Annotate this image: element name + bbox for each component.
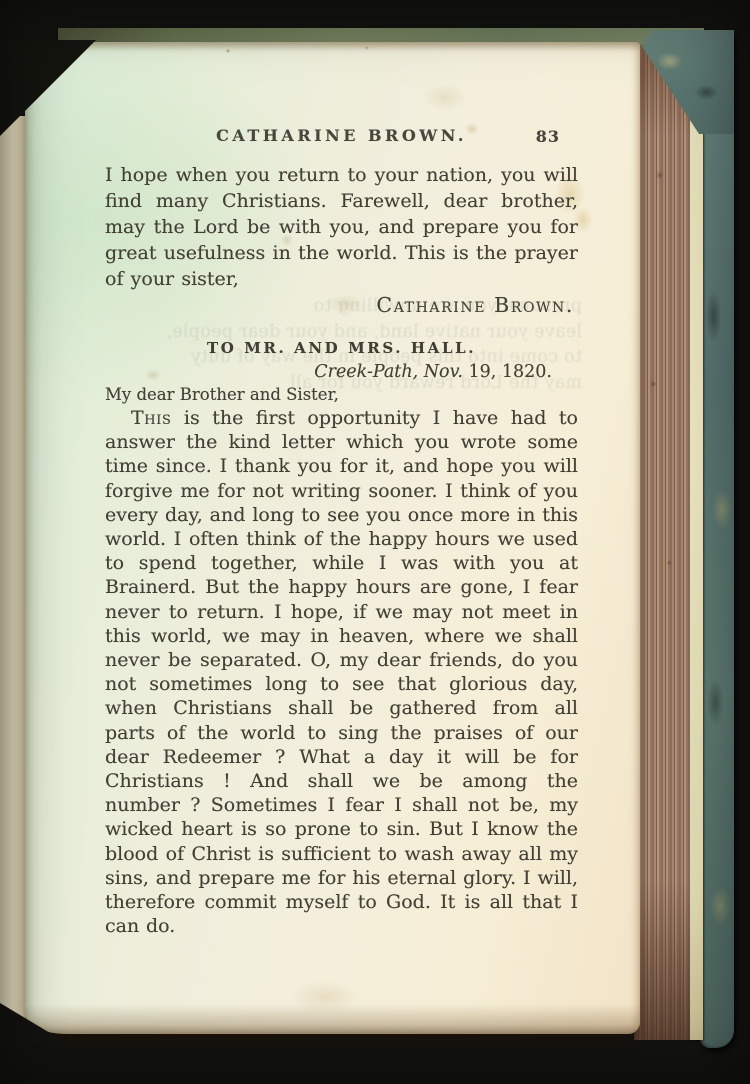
page-number: 83 (536, 127, 560, 146)
signature: Catharine Brown. (105, 293, 578, 317)
letter-dateline: Creek-Path, Nov. 19, 1820. (105, 362, 578, 382)
letter-body: This is the first opportunity I have had… (105, 406, 578, 938)
book-page: presume you are unwilling to leave your … (25, 42, 640, 1034)
running-head-title: CATHARINE BROWN. (105, 126, 578, 145)
letter-salutation: My dear Brother and Sister, (105, 385, 578, 404)
marbled-cover-board (700, 32, 734, 1048)
letter-body-text: is the first opportunity I have had to a… (105, 407, 578, 937)
dateline-place: Creek-Path, Nov. (314, 362, 463, 382)
page-content: CATHARINE BROWN. 83 I hope when you retu… (25, 42, 640, 1034)
paragraph-continuation: I hope when you return to your nation, y… (105, 162, 578, 292)
book-photo: presume you are unwilling to leave your … (0, 0, 750, 1084)
letter-heading: TO MR. AND MRS. HALL. (105, 339, 578, 357)
letter-body-lead-word: This (131, 407, 171, 429)
endpaper-strip (690, 60, 703, 1040)
left-page-edge (0, 116, 28, 1040)
page-fore-edge (634, 46, 698, 1040)
running-head: CATHARINE BROWN. 83 (105, 126, 578, 150)
dateline-date: 19, 1820. (463, 362, 552, 382)
